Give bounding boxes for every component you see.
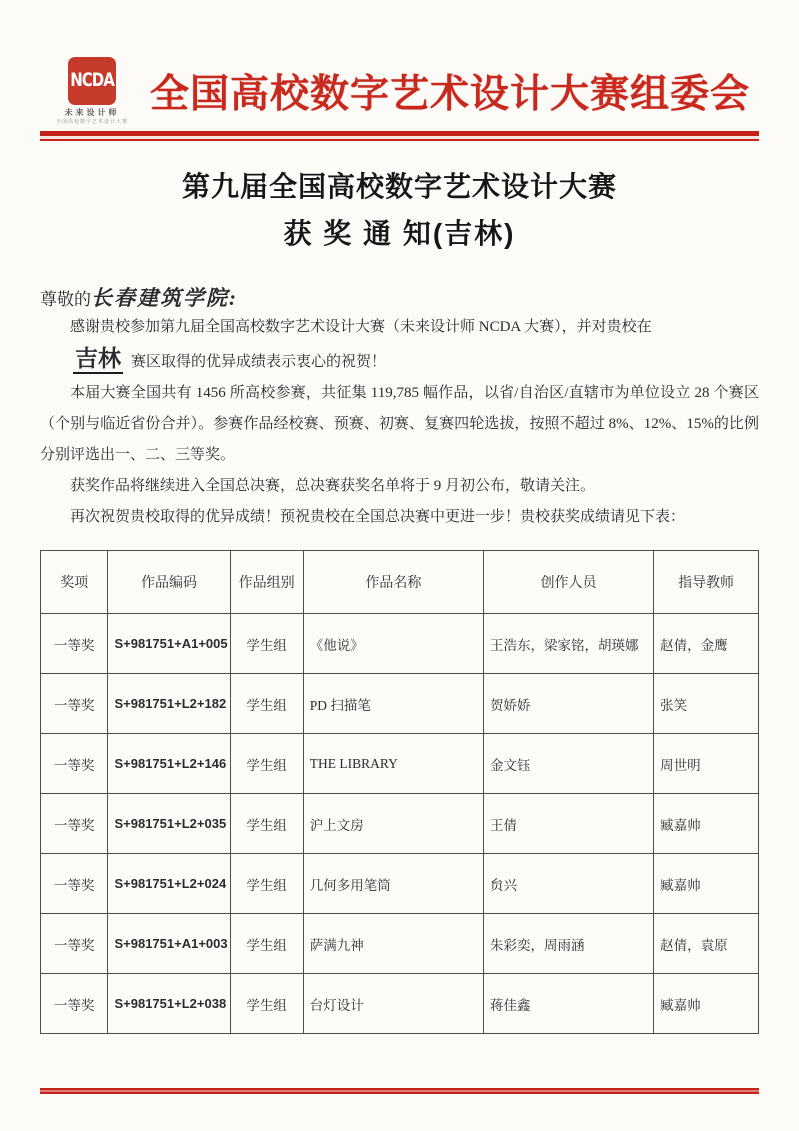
table-row: 一等奖 S+981751+L2+024 学生组 几何多用笔筒 贠兴 臧嘉帅 <box>41 854 759 914</box>
organization-name: 全国高校数字艺术设计大赛组委会 <box>144 63 759 119</box>
cell-award: 一等奖 <box>41 914 108 974</box>
table-header-row: 奖项 作品编码 作品组别 作品名称 创作人员 指导教师 <box>41 551 759 614</box>
cell-group: 学生组 <box>230 854 303 914</box>
table-row: 一等奖 S+981751+L2+038 学生组 台灯设计 蒋佳鑫 臧嘉帅 <box>41 974 759 1034</box>
cell-group: 学生组 <box>230 674 303 734</box>
letterhead: NCDA 未来设计师 全国高校数字艺术设计大赛 全国高校数字艺术设计大赛组委会 <box>40 54 759 128</box>
cell-award: 一等奖 <box>41 794 108 854</box>
page-content: NCDA 未来设计师 全国高校数字艺术设计大赛 全国高校数字艺术设计大赛组委会 … <box>0 54 799 1094</box>
document-title-line1: 第九届全国高校数字艺术设计大赛 <box>40 165 759 205</box>
salutation-prefix: 尊敬的 <box>40 290 91 309</box>
cell-creators: 王倩 <box>483 794 653 854</box>
header-group: 作品组别 <box>230 551 303 614</box>
header-award: 奖项 <box>41 551 108 614</box>
cell-title: PD 扫描笔 <box>303 674 483 734</box>
cell-code: S+981751+L2+038 <box>108 974 230 1034</box>
table-row: 一等奖 S+981751+A1+003 学生组 萨满九神 朱彩奕，周雨涵 赵倩，… <box>41 914 759 974</box>
cell-teachers: 臧嘉帅 <box>654 974 759 1034</box>
header-code: 作品编码 <box>108 551 230 614</box>
paragraph-finals-notice: 获奖作品将继续进入全国总决赛，总决赛获奖名单将于 9 月初公布，敬请关注。 <box>40 471 759 502</box>
cell-creators: 贠兴 <box>483 854 653 914</box>
header-creators: 创作人员 <box>483 551 653 614</box>
cell-creators: 朱彩奕，周雨涵 <box>483 914 653 974</box>
cell-code: S+981751+L2+146 <box>108 734 230 794</box>
cell-creators: 贺娇娇 <box>483 674 653 734</box>
school-name: 长春建筑学院: <box>91 286 238 310</box>
cell-creators: 王浩东，梁家铭，胡瑛娜 <box>483 614 653 674</box>
cell-group: 学生组 <box>230 614 303 674</box>
cell-creators: 蒋佳鑫 <box>483 974 653 1034</box>
cell-title: 台灯设计 <box>303 974 483 1034</box>
ncda-logo: NCDA 未来设计师 全国高校数字艺术设计大赛 <box>40 58 144 125</box>
logo-subcaption: 全国高校数字艺术设计大赛 <box>56 120 128 125</box>
paragraph-region-congrats: 吉林赛区取得的优异成绩表示衷心的祝贺！ <box>40 343 759 378</box>
cell-title: 萨满九神 <box>303 914 483 974</box>
cell-teachers: 赵倩，金鹰 <box>654 614 759 674</box>
cell-award: 一等奖 <box>41 974 108 1034</box>
notice-document-page: NCDA 未来设计师 全国高校数字艺术设计大赛 全国高校数字艺术设计大赛组委会 … <box>0 0 799 1131</box>
document-title: 第九届全国高校数字艺术设计大赛 获 奖 通 知(吉林) <box>40 165 759 252</box>
table-row: 一等奖 S+981751+L2+146 学生组 THE LIBRARY 金文钰 … <box>41 734 759 794</box>
salutation: 尊敬的长春建筑学院: <box>40 282 759 312</box>
region-congrats-text: 赛区取得的优异成绩表示衷心的祝贺！ <box>131 354 386 370</box>
cell-award: 一等奖 <box>41 674 108 734</box>
cell-title: 沪上文房 <box>303 794 483 854</box>
cell-code: S+981751+A1+003 <box>108 914 230 974</box>
header-teachers: 指导教师 <box>654 551 759 614</box>
awards-table: 奖项 作品编码 作品组别 作品名称 创作人员 指导教师 一等奖 S+981751… <box>40 550 759 1034</box>
cell-title: THE LIBRARY <box>303 734 483 794</box>
paragraph-congrats-table-intro: 再次祝贺贵校取得的优异成绩！预祝贵校在全国总决赛中更进一步！贵校获奖成绩请见下表… <box>40 502 759 533</box>
cell-teachers: 臧嘉帅 <box>654 794 759 854</box>
paragraph-thanks: 感谢贵校参加第九届全国高校数字艺术设计大赛（未来设计师 NCDA 大赛），并对贵… <box>40 312 759 343</box>
seal-text: NCDA <box>70 71 114 90</box>
cell-title: 几何多用笔筒 <box>303 854 483 914</box>
paragraph-competition-stats: 本届大赛全国共有 1456 所高校参赛，共征集 119,785 幅作品，以省/自… <box>40 378 759 471</box>
cell-code: S+981751+L2+035 <box>108 794 230 854</box>
cell-group: 学生组 <box>230 974 303 1034</box>
region-name: 吉林 <box>73 345 123 374</box>
cell-creators: 金文钰 <box>483 734 653 794</box>
cell-code: S+981751+A1+005 <box>108 614 230 674</box>
cell-title: 《他说》 <box>303 614 483 674</box>
footer-double-rule <box>40 1088 759 1094</box>
document-title-line2: 获 奖 通 知(吉林) <box>40 212 759 252</box>
cell-group: 学生组 <box>230 914 303 974</box>
ncda-seal-icon: NCDA <box>69 58 115 104</box>
table-row: 一等奖 S+981751+L2+035 学生组 沪上文房 王倩 臧嘉帅 <box>41 794 759 854</box>
cell-teachers: 张笑 <box>654 674 759 734</box>
cell-group: 学生组 <box>230 794 303 854</box>
header-title: 作品名称 <box>303 551 483 614</box>
table-row: 一等奖 S+981751+A1+005 学生组 《他说》 王浩东，梁家铭，胡瑛娜… <box>41 614 759 674</box>
cell-code: S+981751+L2+182 <box>108 674 230 734</box>
cell-teachers: 赵倩，袁原 <box>654 914 759 974</box>
cell-group: 学生组 <box>230 734 303 794</box>
cell-award: 一等奖 <box>41 734 108 794</box>
table-row: 一等奖 S+981751+L2+182 学生组 PD 扫描笔 贺娇娇 张笑 <box>41 674 759 734</box>
cell-award: 一等奖 <box>41 854 108 914</box>
cell-award: 一等奖 <box>41 614 108 674</box>
header-double-rule <box>40 131 759 141</box>
cell-teachers: 周世明 <box>654 734 759 794</box>
cell-code: S+981751+L2+024 <box>108 854 230 914</box>
cell-teachers: 臧嘉帅 <box>654 854 759 914</box>
logo-caption: 未来设计师 <box>65 109 120 117</box>
